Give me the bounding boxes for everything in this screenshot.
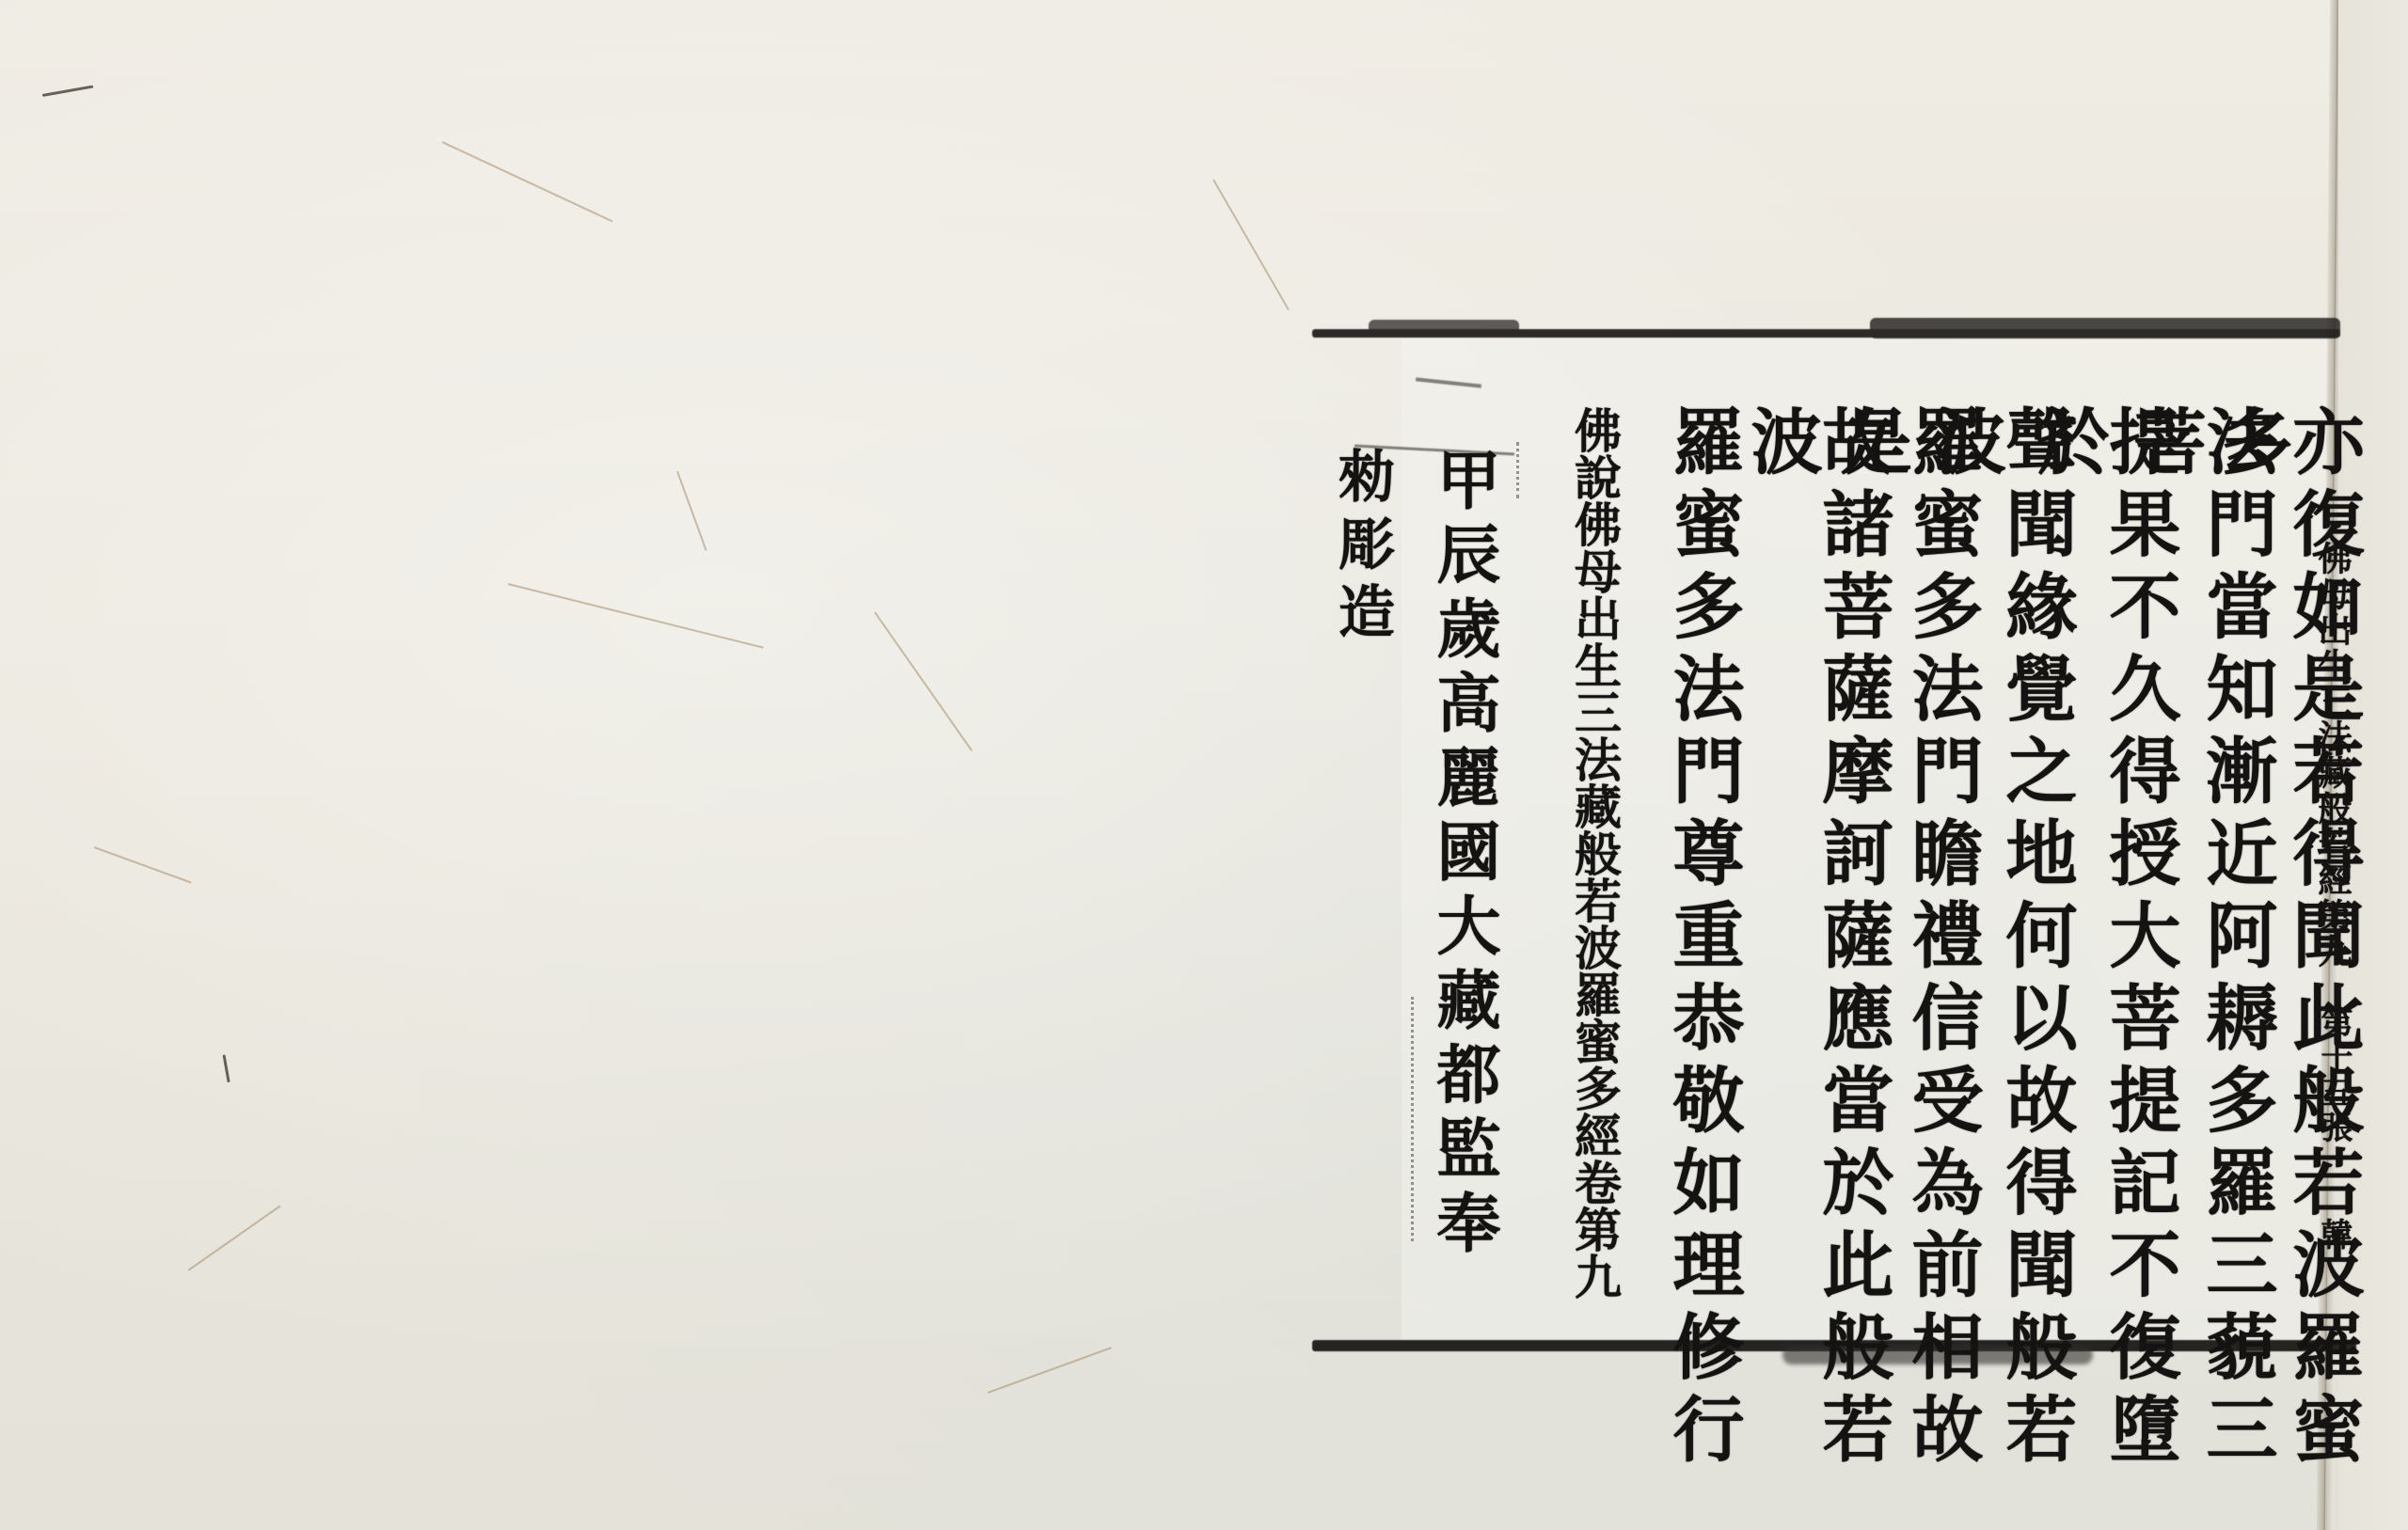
block-edge-mark [1516,442,1519,498]
block-edge-mark [1411,997,1414,1241]
top-border-rule [1312,329,2340,338]
closing-sutra-title: 佛說佛母出生三法藏般若波羅蜜多經卷第九 [1571,406,1618,1300]
top-border-ink-heavy [1870,318,2340,339]
text-column-6: 故諸菩薩摩訶薩應當於此般若波 [1745,404,1888,1530]
colophon-line: 甲辰歲高麗國大藏都監奉 [1432,447,1496,1264]
text-column-7: 羅蜜多法門尊重恭敬如理修行 [1667,404,1738,1475]
colophon-carving-line: 勑彫造 [1334,447,1390,650]
top-border-ink-heavy [1369,320,1519,337]
